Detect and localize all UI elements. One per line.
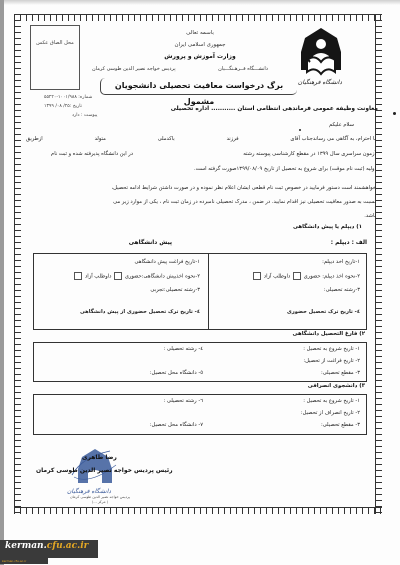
- diploma-major-field: ۳-رشته تحصیلی:: [324, 287, 360, 293]
- watermark-url: kerman.cfu.ac.ir: [5, 541, 88, 551]
- diploma-inperson-checkbox[interactable]: [293, 272, 301, 280]
- bismillah-text: باسمه تعالی: [100, 30, 300, 36]
- diploma-mode-label: ۲-نحوه اخذ دیپلم: حضوری: [304, 274, 360, 280]
- diploma-date-field: ۱-تاریخ اخذ دیپلم:: [322, 259, 360, 265]
- diploma-mode-field: ۲-نحوه اخذ دیپلم: حضوری داوطلب آزاد: [252, 272, 360, 280]
- grad-end-date: ۲- تاریخ فراغت از تحصیل:: [303, 358, 360, 364]
- preuni-mode-field: ۲-نحوه اخذپیش دانشگاهی:حضوری داوطلب آزاد: [73, 272, 200, 280]
- stamp-university: دانشگاه فرهنگیان: [67, 488, 111, 495]
- father-label: فرزند: [227, 136, 239, 142]
- preuni-freelance-label: داوطلب آزاد: [85, 274, 112, 280]
- request-line-3: باشد.: [364, 213, 376, 219]
- exam-text: آزمون سراسری سال ۱۳۹۹ در مقطع کارشناسی پ…: [243, 151, 376, 157]
- document-page: محل الصاق عکس دانشگاه فرهنگیان باسمه تعا…: [0, 0, 400, 565]
- withdraw-degree: ۳- مقطع تحصیلی:: [321, 422, 360, 428]
- preuni-leave-date-field: ٤- تاریخ ترک تحصیل حضوری از پیش دانشگاهی: [80, 309, 200, 315]
- university-campus-line: دانشـــگاه فــرهـنگـــیان پردیس خواجه نص…: [92, 66, 298, 72]
- diploma-freelance-label: داوطلب آزاد: [264, 274, 291, 280]
- withdraw-university: ۷- دانشگاه محل تحصیل:: [150, 422, 203, 428]
- signatory-title: رئیس پردیس خواجه نصیر الدین طوسی کرمان: [36, 467, 173, 474]
- diploma-label: الف : دیپلم :: [331, 240, 367, 246]
- letter-date: تاریخ :۲۵/ ۰۸/ ۱۳۹۹: [44, 104, 82, 109]
- letter-line-1: با احترام، به آگاهی می رساندجناب آقای فر…: [26, 136, 376, 142]
- greeting: سلام علیکم: [329, 122, 354, 128]
- section-3-table: ۱- تاریخ شروع به تحصیل : ۲- تاریخ انصراف…: [33, 394, 367, 435]
- form-title: برگ درخواست معافیت تحصیلی دانشجویان مشمو…: [100, 78, 297, 95]
- preuni-date-field: ۱-تاریخ فراغت پیش دانشگاهی: [135, 259, 200, 265]
- country-text: جمهوری اسلامی ایران: [100, 42, 300, 48]
- grad-university: ٥- دانشگاه محل تحصیل:: [150, 370, 203, 376]
- site-watermark: kerman.cfu.ac.ir kerman.cfu.ac.ir: [0, 540, 98, 558]
- photo-placeholder-box: محل الصاق عکس: [30, 25, 80, 90]
- preuni-inperson-checkbox[interactable]: [114, 272, 122, 280]
- stamp-center: ( مرکز ...): [60, 500, 140, 505]
- diploma-leave-date-field: ٤- تاریخ ترک تحصیل حضوری: [287, 309, 360, 315]
- via-label: ازطریق: [26, 136, 43, 142]
- scan-dot: [299, 129, 301, 131]
- grad-major: ٤- رشته تحصیلی :: [164, 346, 203, 352]
- request-line-1: خواهشمند است دستور فرمایید در خصوص ثبت ن…: [112, 185, 377, 191]
- section-2-title: ۲) فارغ التحصیل دانشگاهی: [293, 331, 366, 337]
- watermark-subtext: kerman.cfu.ac.ir: [0, 558, 48, 564]
- national-id-label: باکدملی: [158, 136, 175, 142]
- preuni-major-field: ۳-رشته تحصیلی:تجربی: [150, 287, 200, 293]
- birth-label: متولد: [95, 136, 106, 142]
- request-line-2: نسبت به صدور معافیت تحصیلی نیز اقدام نما…: [113, 199, 376, 205]
- section-1-table: ۱-تاریخ اخذ دیپلم: ۲-نحوه اخذ دیپلم: حضو…: [33, 253, 367, 330]
- preuni-freelance-checkbox[interactable]: [74, 272, 82, 280]
- photo-box-label: محل الصاق عکس: [36, 40, 74, 46]
- campus-name: پردیس خواجه نصیر الدین طوسی کرمان: [92, 66, 176, 72]
- table-divider: [208, 254, 209, 329]
- addressee-line: معاونت وظیفه عمومی فرماندهی انتظامی استا…: [171, 106, 378, 112]
- admission-text: در این دانشگاه پذیرفته شده و ثبت نام: [51, 151, 133, 157]
- watermark-url-part1: kerman.: [5, 541, 47, 551]
- logo-caption: دانشگاه فرهنگیان: [298, 79, 342, 86]
- section-1-title: ۱) دیپلم یا پیش دانشگاهی: [293, 224, 362, 230]
- section-3-title: ۳) دانشجوی انصرافی: [308, 383, 365, 389]
- grad-degree: ۳- مقطع تحصیلی:: [321, 370, 360, 376]
- withdraw-start-date: ۱- تاریخ شروع به تحصیل :: [303, 398, 360, 404]
- intro-text: با احترام، به آگاهی می رساندجناب آقای: [290, 136, 376, 142]
- preuni-mode-label: ۲-نحوه اخذپیش دانشگاهی:حضوری: [125, 274, 200, 280]
- letter-attachment: پیوست : دارد: [72, 113, 97, 118]
- letter-line-2: آزمون سراسری سال ۱۳۹۹ در مقطع کارشناسی پ…: [51, 151, 376, 157]
- signatory-name: رضا طاهری: [82, 454, 117, 461]
- stamp-subtext: پردیس خواجه نصیر الدین طوسی کرمان ( مرکز…: [60, 495, 140, 505]
- preuni-label: پیش دانشگاهی: [129, 240, 172, 246]
- letter-line-3: اولیه (ثبت نام موقت) برای شروع به تحصیل …: [194, 166, 376, 172]
- diploma-freelance-checkbox[interactable]: [253, 272, 261, 280]
- scan-dot: [393, 112, 396, 115]
- withdraw-date: ۲- تاریخ انصراف از تحصیل:: [301, 410, 360, 416]
- letter-number: شماره: ۱۰۰۱/۹۸۸-۵۵۲۲۰: [44, 95, 92, 100]
- university-name: دانشـــگاه فــرهـنگـــیان: [218, 66, 268, 72]
- watermark-url-part2: cfu.ac.ir: [47, 541, 89, 551]
- withdraw-major: ٦- رشته تحصیلی :: [164, 398, 203, 404]
- section-2-table: ۱- تاریخ شروع به تحصیل : ۲- تاریخ فراغت …: [33, 342, 367, 382]
- ministry-text: وزارت آموزش و پرورش: [100, 53, 300, 60]
- grad-start-date: ۱- تاریخ شروع به تحصیل :: [303, 346, 360, 352]
